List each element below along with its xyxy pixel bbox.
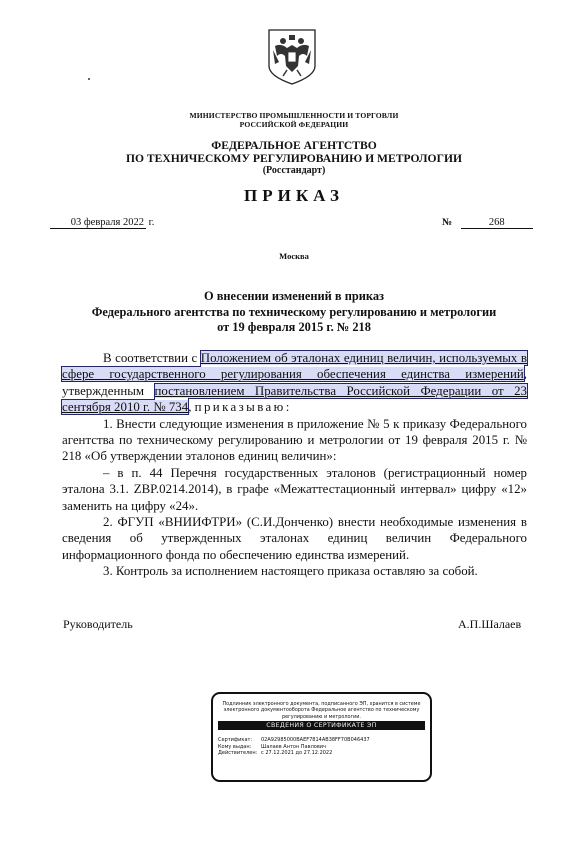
stamp-text: Подлинник электронного документа, подпис… <box>213 694 430 720</box>
electronic-signature-stamp: Подлинник электронного документа, подпис… <box>211 692 432 782</box>
russian-coat-of-arms-icon <box>263 26 321 86</box>
paragraph-1-item: – в п. 44 Перечня государственных эталон… <box>62 465 527 514</box>
ministry-name: МИНИСТЕРСТВО ПРОМЫШЛЕННОСТИ И ТОРГОВЛИ Р… <box>0 111 588 129</box>
stamp-certificate-info: Сертификат:02A92985000BAEF7814AB38FF70B0… <box>213 730 430 757</box>
paragraph-preamble: В соответствии с Положением об эталонах … <box>62 350 527 416</box>
signatory-position: Руководитель <box>63 617 133 632</box>
document-type: ПРИКАЗ <box>0 186 588 206</box>
document-body: В соответствии с Положением об эталонах … <box>62 350 527 580</box>
paragraph-1: 1. Внести следующие изменения в приложен… <box>62 416 527 465</box>
signatory-name: А.П.Шалаев <box>458 617 521 632</box>
document-title: О внесении изменений в приказ Федерально… <box>0 289 588 336</box>
agency-name: ФЕДЕРАЛЬНОЕ АГЕНТСТВО ПО ТЕХНИЧЕСКОМУ РЕ… <box>0 140 588 178</box>
city: Москва <box>0 251 588 261</box>
paragraph-3: 3. Контроль за исполнением настоящего пр… <box>62 563 527 579</box>
document-date: 03 февраля 2022 г. <box>50 217 154 229</box>
stamp-certificate-header: СВЕДЕНИЯ О СЕРТИФИКАТЕ ЭП <box>218 721 425 730</box>
scan-speck <box>88 78 90 80</box>
document-number: № 268 <box>442 217 533 229</box>
paragraph-2: 2. ФГУП «ВНИИФТРИ» (С.И.Донченко) внести… <box>62 514 527 563</box>
